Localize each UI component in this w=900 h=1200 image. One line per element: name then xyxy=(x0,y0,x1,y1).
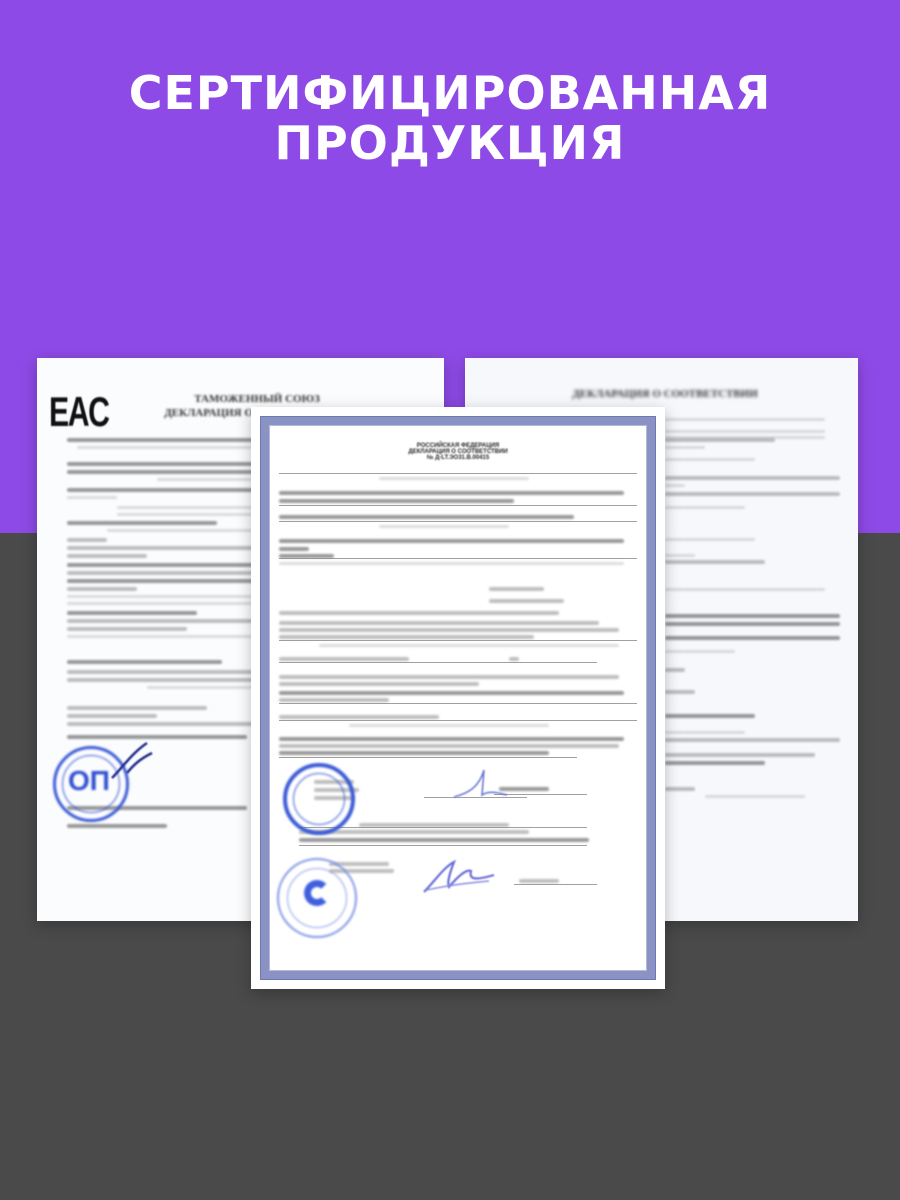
certification-signature xyxy=(419,857,499,897)
document-frame: РОССИЙСКАЯ ФЕДЕРАЦИЯ ДЕКЛАРАЦИЯ О СООТВЕ… xyxy=(261,417,655,979)
headline-line-2: ПРОДУКЦИЯ xyxy=(0,118,900,168)
eac-logo-icon: EAC xyxy=(49,388,109,436)
document-center-rf-declaration: РОССИЙСКАЯ ФЕДЕРАЦИЯ ДЕКЛАРАЦИЯ О СООТВЕ… xyxy=(251,407,665,989)
left-title-line-1: ТАМОЖЕННЫЙ СОЮЗ xyxy=(147,392,367,406)
stamp-logo-text: ОП xyxy=(68,765,110,797)
right-document-title: ДЕКЛАРАЦИЯ О СООТВЕТСТВИИ xyxy=(525,388,805,400)
left-document-signature xyxy=(107,738,157,788)
headline-line-1: СЕРТИФИЦИРОВАННАЯ xyxy=(0,68,900,118)
headline: СЕРТИФИЦИРОВАННАЯ ПРОДУКЦИЯ xyxy=(0,68,900,168)
certification-logo-icon xyxy=(304,880,330,906)
center-header-line-3: № Д-LT.ЭО31.В.00415 xyxy=(269,455,647,461)
applicant-signature xyxy=(449,765,509,805)
center-stamp-certification-body xyxy=(277,858,357,938)
center-header: РОССИЙСКАЯ ФЕДЕРАЦИЯ ДЕКЛАРАЦИЯ О СООТВЕ… xyxy=(269,443,647,461)
center-stamp-applicant xyxy=(283,763,355,835)
